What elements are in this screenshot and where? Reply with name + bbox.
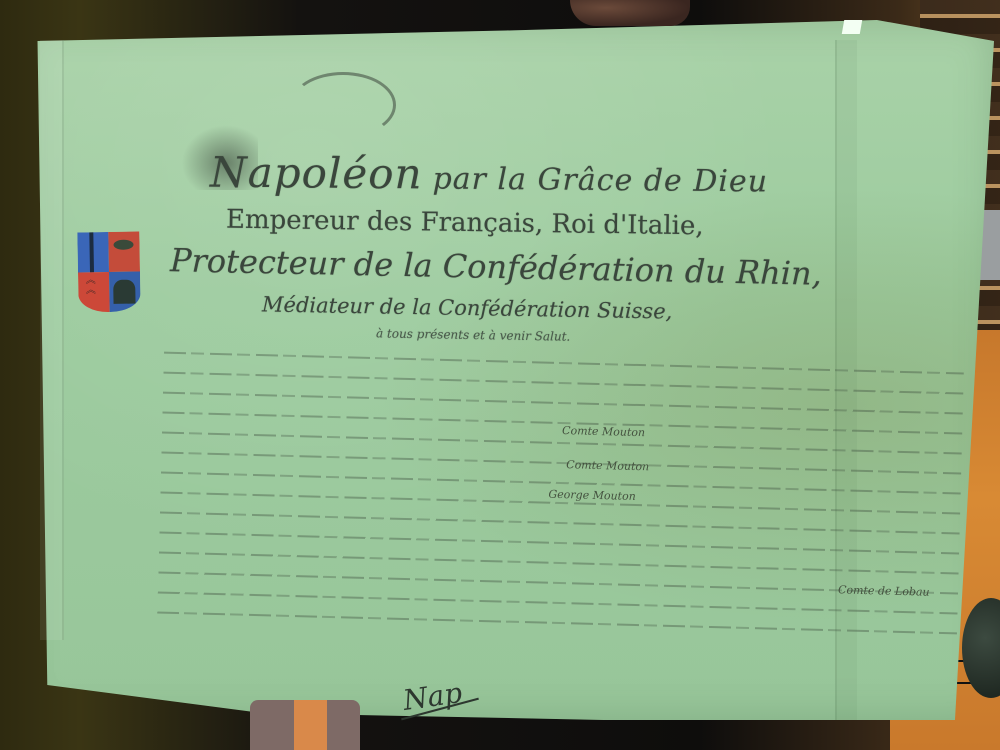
script-line [159, 552, 959, 575]
coat-of-arms [77, 231, 140, 312]
holding-hand-top [570, 0, 690, 26]
light-glare [842, 20, 862, 34]
script-line [159, 532, 959, 555]
arms-quarter-blue-tower [109, 271, 141, 312]
script-line [160, 512, 960, 535]
heading-initial: N [210, 148, 248, 197]
script-line [163, 372, 963, 395]
body-fragment: George Mouton [548, 488, 636, 503]
heading-line-1: Napoléonpar la Grâce de Dieu [210, 148, 768, 202]
script-line [161, 452, 961, 475]
body-fragment: Comte Mouton [562, 424, 645, 439]
heading-name: apoléon [248, 148, 423, 199]
body-fragment: Comte Mouton [566, 458, 649, 473]
heading-grace: par la Grâce de Dieu [432, 162, 768, 200]
arms-quarter-red-chevrons [78, 272, 110, 313]
script-line [157, 611, 957, 634]
decorative-flourish [290, 72, 396, 138]
holding-hand-bottom [250, 700, 360, 750]
document-body: Comte Mouton Comte Mouton George Mouton … [156, 352, 964, 673]
parchment-fold-left [40, 40, 64, 640]
arms-quarter-blue [77, 232, 109, 273]
arms-quarter-red-lion [108, 231, 140, 272]
script-line [163, 392, 963, 415]
body-fragment: Comte de Lobau [838, 583, 930, 598]
